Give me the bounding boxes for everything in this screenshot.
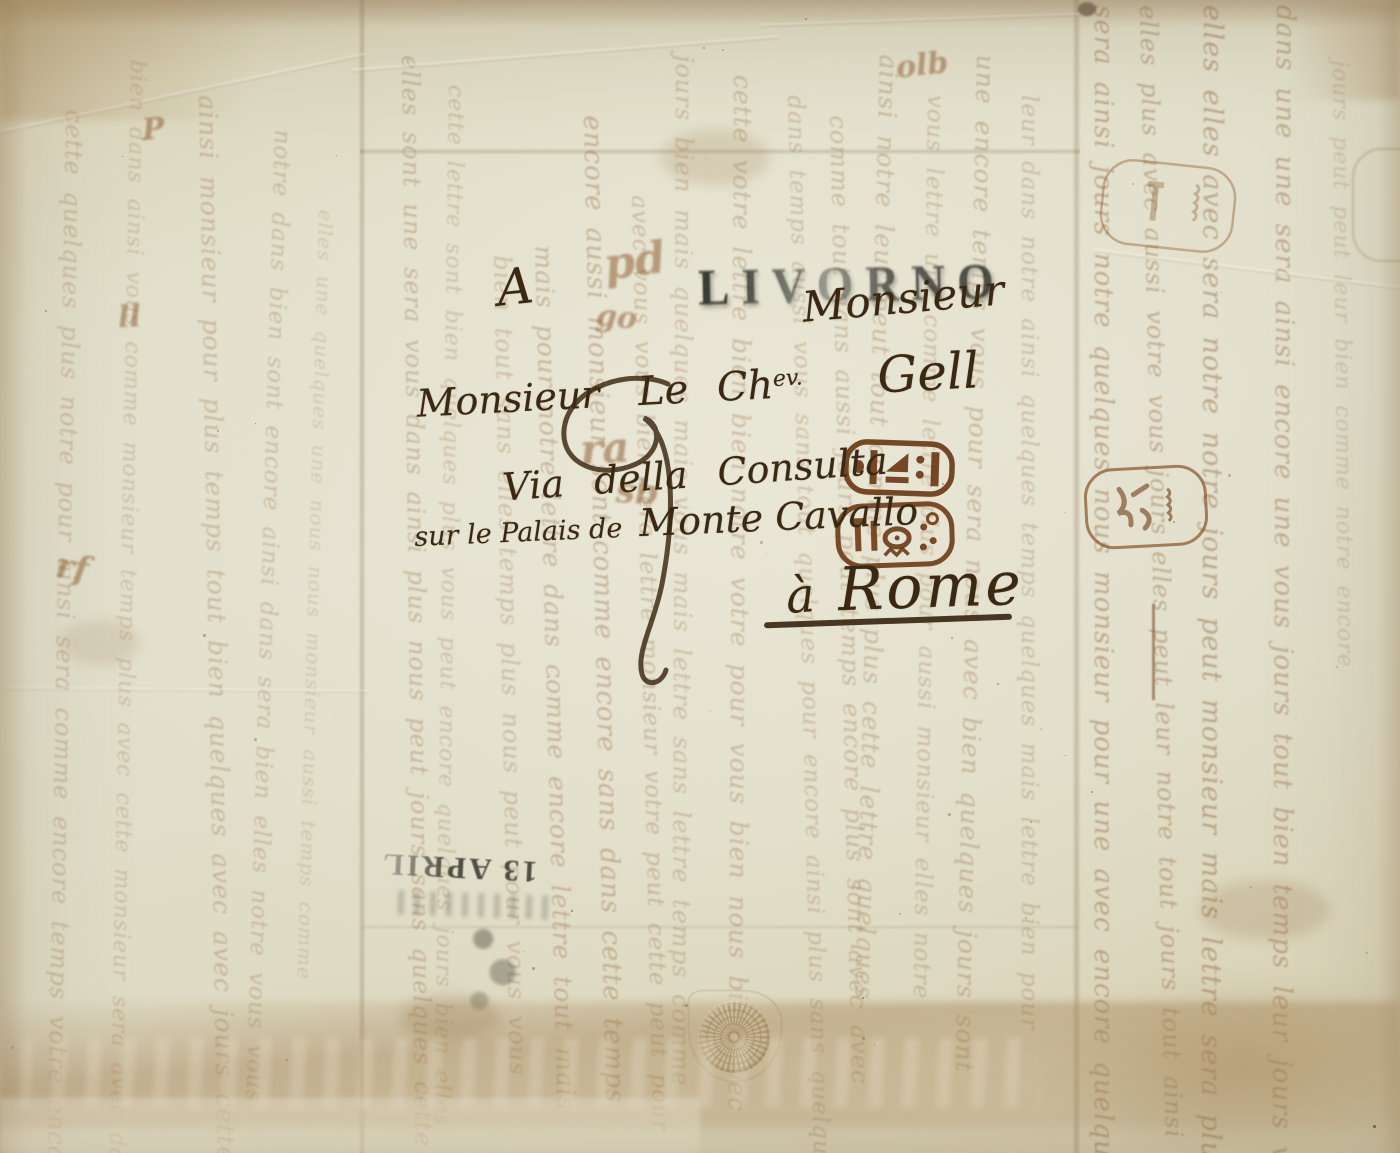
bleed-cartouche-outline-mid [1080, 461, 1212, 554]
foxing-speck [1366, 952, 1368, 954]
foxing-speck [11, 1046, 14, 1049]
foxing-speck [760, 541, 763, 544]
foxing-speck [1040, 728, 1042, 730]
bleedthrough-script-column: elles elles avec sera notre notre jours … [1195, 5, 1228, 1095]
stain-bottom-band [0, 1002, 1400, 1128]
bleedthrough-script-column: dans une une sera ainsi encore une vous … [1266, 5, 1300, 1105]
foxing-speck [46, 391, 47, 392]
fold-line-lower [362, 924, 1078, 930]
letter-cover-scan: cette quelques plus notre pour ainsi ser… [0, 0, 1400, 1153]
foxing-speck [766, 553, 767, 554]
crease-top-left [0, 53, 366, 136]
city-prefix: à [784, 567, 816, 625]
bleedthrough-heavy-mark: P [141, 111, 167, 148]
vignette-overlay [0, 0, 1400, 1153]
foxing-speck [710, 711, 711, 712]
foxing-speck [738, 1144, 739, 1145]
bleedthrough-heavy-mark: rf [53, 546, 91, 590]
edge-left [0, 0, 28, 1153]
bleedthrough-script-column: avec vous vous bien sera lettre monsieur… [626, 195, 671, 1025]
bleedthrough-script-column: mais pour notre lettre dans comme encore… [529, 245, 578, 1015]
arrival-postmark-13-april: 13 APRIL [379, 846, 538, 890]
bleedthrough-script-column: cette quelques plus notre pour ainsi ser… [43, 110, 88, 1070]
stamp-smudge [398, 890, 549, 919]
bleedthrough-script-column: comme tout dans aussi jours peut temps e… [824, 115, 872, 975]
foxing-speck [203, 634, 206, 637]
foxing-speck [993, 874, 994, 875]
ink-blotch-cluster [452, 920, 530, 1015]
name-line-ch: Ch [716, 362, 775, 411]
foxing-speck [48, 990, 49, 991]
bleedthrough-script-column: cette votre lettre bien bien notre votre… [723, 75, 757, 1045]
foxing-speck [334, 713, 335, 714]
bleed-underline-mark [1152, 604, 1155, 700]
foxing-speck [722, 49, 724, 51]
bleedthrough-script-column: bien dans ainsi vous comme monsieur temp… [106, 60, 150, 1060]
name-line-gell: Gell [876, 341, 980, 404]
paper-grain-texture [0, 0, 1400, 1153]
foxing-speck [217, 430, 219, 432]
name-line-superscript: ev. [772, 365, 803, 392]
name-line-le: Le [637, 367, 690, 416]
foxing-speck [862, 997, 864, 999]
bleedthrough-script-column: jours peut peut leur bien comme notre en… [1327, 60, 1356, 560]
bleedthrough-script-column: cette lettre sont bien quelques plus vou… [429, 85, 468, 1065]
crease-right [1093, 249, 1400, 292]
bleedthrough-heavy-mark: olb [894, 45, 950, 85]
bleedthrough-script-column: elles plus avec aussi votre vous jours e… [1134, 5, 1186, 1055]
foxing-speck [1228, 474, 1231, 477]
foxing-speck [547, 676, 549, 678]
corner-top-right [1250, 0, 1400, 100]
foxing-speck [1064, 512, 1065, 513]
salutation-a: A [494, 256, 536, 317]
foxing-speck [254, 738, 257, 741]
foxing-speck [811, 965, 812, 966]
foxing-speck [1091, 791, 1093, 793]
foxing-specks-layer [0, 0, 1400, 1153]
stain-bottom-streaks [20, 1038, 1040, 1108]
edge-top [0, 0, 1400, 28]
city-name: Rome [837, 549, 1025, 625]
stain-bottom-right [1040, 970, 1400, 1150]
stain-blotch [660, 130, 770, 185]
crease-top-center [351, 35, 780, 73]
stain-blotch [400, 995, 500, 1040]
bleedthrough-script-column: elles sont une sera vous dans ainsi plus… [396, 55, 436, 1055]
edge-right [1378, 0, 1400, 1153]
foxing-speck [997, 683, 999, 685]
foxing-speck [532, 967, 535, 970]
name-line-monsieur: Monsieur [415, 372, 600, 426]
foxing-speck [1269, 0, 1270, 1]
fold-line-left [358, 0, 366, 1153]
foxing-speck [951, 637, 953, 639]
bleedthrough-script-column: notre dans bien sont encore ainsi dans s… [242, 129, 295, 1029]
foxing-speck [122, 156, 123, 157]
bleedthrough-script-column: sera ainsi jours notre quelques nous mon… [1088, 5, 1118, 1085]
fold-line-top [360, 148, 1080, 155]
foxing-speck [805, 18, 807, 20]
foxing-speck [1173, 521, 1175, 523]
building-line: sur le Palais de Monte Cavallo [413, 489, 919, 555]
foxing-speck [336, 155, 337, 156]
bleedthrough-script-column: dans temps aussi vous sans tout quelques… [782, 95, 830, 1005]
bleed-cartouche-outline-top [1094, 153, 1243, 259]
bleedthrough-script-column: leur dans notre ainsi quelques temps que… [1016, 95, 1042, 945]
stain-blotch [60, 620, 140, 665]
foxing-speck [1221, 292, 1222, 293]
bleedthrough-heavy-mark: go [595, 298, 639, 336]
bleedthrough-script-column: encore aussi monsieur sont comme encore … [577, 115, 628, 1025]
foxing-speck [1342, 559, 1343, 560]
foxing-speck [523, 951, 524, 952]
foxing-speck [1132, 183, 1134, 185]
foxing-speck [942, 483, 944, 485]
foxing-speck [685, 1004, 688, 1007]
foxing-speck [1030, 821, 1032, 823]
corner-top-left-fold [0, 0, 360, 120]
foxing-speck [1336, 666, 1338, 668]
foxing-speck [703, 47, 705, 49]
foxing-speck [45, 310, 47, 312]
foxing-speck [255, 423, 256, 424]
building-prefix: sur le Palais de [414, 513, 623, 553]
bleedthrough-script-layer: cette quelques plus notre pour ainsi ser… [0, 0, 1400, 1153]
fold-line-right [1072, 0, 1081, 1153]
foxing-speck [286, 1059, 288, 1061]
wafer-seal-shield [688, 990, 782, 1082]
foxing-speck [1065, 755, 1066, 756]
crease-left-mid [0, 686, 368, 693]
stain-blotch [1200, 880, 1330, 940]
bleedthrough-heavy-mark: pd [601, 232, 669, 291]
addressee-name-line: Monsieur Le Chev. Gell [415, 341, 980, 428]
foxing-speck [1250, 886, 1252, 888]
crease-top-center-2 [760, 12, 1090, 28]
foxing-speck [1373, 1125, 1376, 1128]
foxing-speck [705, 158, 706, 159]
foxing-speck [862, 1037, 865, 1040]
foxing-speck [874, 1044, 875, 1045]
foxing-speck [948, 813, 951, 816]
bleedthrough-script-column: une encore temps vous pour sera nous ave… [951, 54, 1000, 994]
foxing-speck [1215, 910, 1217, 912]
wafer-seal-rosette [698, 1001, 770, 1073]
corner-bottom-left-light [0, 1098, 700, 1153]
ink-spot-top-edge [1078, 2, 1096, 16]
foxing-speck [1025, 917, 1027, 919]
foxing-speck [899, 913, 901, 915]
bleed-cartouche-edge [1352, 148, 1400, 262]
bleedthrough-heavy-marks: pdgorasbolbPrfll [0, 0, 1400, 1153]
building-name: Monte Cavallo [638, 489, 919, 545]
bleedthrough-script-column: ainsi monsieur pour plus temps tout bien… [193, 95, 239, 1075]
foxing-speck [571, 910, 573, 912]
bleedthrough-heavy-mark: ll [117, 299, 142, 335]
bleedthrough-script-column: elles une quelques une nous nous monsieu… [297, 209, 338, 829]
